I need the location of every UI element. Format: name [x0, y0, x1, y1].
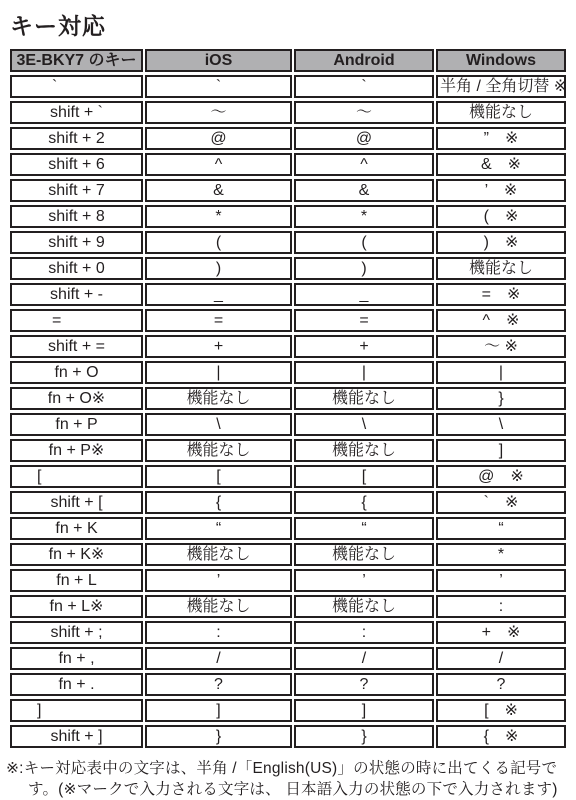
key-cell: ] [10, 699, 143, 722]
windows-cell: ( ※ [436, 205, 566, 228]
table-row: fn + P\\\ [10, 413, 566, 436]
key-cell: fn + L [10, 569, 143, 592]
key-cell: shift + 9 [10, 231, 143, 254]
windows-cell: ] [436, 439, 566, 462]
ios-cell: [ [145, 465, 292, 488]
key-cell: fn + P※ [10, 439, 143, 462]
windows-cell: ” ※ [436, 127, 566, 150]
table-row: fn + .??? [10, 673, 566, 696]
android-cell: \ [294, 413, 434, 436]
windows-cell: / [436, 647, 566, 670]
key-cell: shift + ` [10, 101, 143, 124]
windows-cell: 機能なし [436, 101, 566, 124]
android-cell: ^ [294, 153, 434, 176]
windows-cell: \ [436, 413, 566, 436]
android-cell: = [294, 309, 434, 332]
table-row: [[[@ ※ [10, 465, 566, 488]
android-cell: + [294, 335, 434, 358]
key-cell: shift + 0 [10, 257, 143, 280]
windows-cell: } [436, 387, 566, 410]
key-cell: shift + ] [10, 725, 143, 748]
table-row: fn + L’’’ [10, 569, 566, 592]
table-row: shift + [{{` ※ [10, 491, 566, 514]
table-row: shift + ]}}{ ※ [10, 725, 566, 748]
android-cell: } [294, 725, 434, 748]
table-row: fn + L※機能なし機能なし: [10, 595, 566, 618]
windows-cell: * [436, 543, 566, 566]
table-body: ```半角 / 全角切替 ※shift + `～～機能なしshift + 2@@… [10, 75, 566, 748]
table-row: fn + P※機能なし機能なし] [10, 439, 566, 462]
table-row: shift + -__= ※ [10, 283, 566, 306]
ios-cell: | [145, 361, 292, 384]
windows-cell: 機能なし [436, 257, 566, 280]
ios-cell: \ [145, 413, 292, 436]
android-cell: ] [294, 699, 434, 722]
android-cell: 機能なし [294, 543, 434, 566]
footnote: ※:キー対応表中の文字は、半角 /「English(US)」の状態の時に出てくる… [0, 758, 576, 800]
key-cell: fn + K [10, 517, 143, 540]
ios-cell: { [145, 491, 292, 514]
page-title: キー対応 [10, 8, 576, 41]
android-cell: ? [294, 673, 434, 696]
key-mapping-table: 3E-BKY7 のキー iOS Android Windows ```半角 / … [8, 46, 568, 751]
ios-cell: ] [145, 699, 292, 722]
table-row: shift + 0))機能なし [10, 257, 566, 280]
windows-cell: ? [436, 673, 566, 696]
footnote-line-2: す。(※マークで入力される文字は、 日本語入力の状態の下で入力されます) [28, 779, 576, 800]
android-cell: 機能なし [294, 439, 434, 462]
key-cell: shift + [ [10, 491, 143, 514]
windows-cell: ～ ※ [436, 335, 566, 358]
column-header-ios: iOS [145, 49, 292, 72]
ios-cell: / [145, 647, 292, 670]
android-cell: “ [294, 517, 434, 540]
android-cell: & [294, 179, 434, 202]
table-row: shift + ;::+ ※ [10, 621, 566, 644]
key-cell: [ [10, 465, 143, 488]
ios-cell: ～ [145, 101, 292, 124]
table-row: fn + K※機能なし機能なし* [10, 543, 566, 566]
windows-cell: ’ ※ [436, 179, 566, 202]
android-cell: [ [294, 465, 434, 488]
ios-cell: } [145, 725, 292, 748]
ios-cell: ) [145, 257, 292, 280]
android-cell: @ [294, 127, 434, 150]
table-row: shift + 7&&’ ※ [10, 179, 566, 202]
android-cell: ) [294, 257, 434, 280]
table-row: ```半角 / 全角切替 ※ [10, 75, 566, 98]
android-cell: 機能なし [294, 595, 434, 618]
table-row: fn + O※機能なし機能なし} [10, 387, 566, 410]
ios-cell: 機能なし [145, 439, 292, 462]
key-cell: ` [10, 75, 143, 98]
ios-cell: ’ [145, 569, 292, 592]
android-cell: | [294, 361, 434, 384]
key-cell: shift + 7 [10, 179, 143, 202]
table-row: shift + 2@@” ※ [10, 127, 566, 150]
key-cell: fn + P [10, 413, 143, 436]
column-header-key: 3E-BKY7 のキー [10, 49, 143, 72]
ios-cell: 機能なし [145, 387, 292, 410]
windows-cell: : [436, 595, 566, 618]
table-row: ===^ ※ [10, 309, 566, 332]
key-cell: fn + O※ [10, 387, 143, 410]
key-cell: shift + - [10, 283, 143, 306]
android-cell: ～ [294, 101, 434, 124]
ios-cell: ` [145, 75, 292, 98]
windows-cell: [ ※ [436, 699, 566, 722]
table-row: fn + K“““ [10, 517, 566, 540]
table-row: shift + 8**( ※ [10, 205, 566, 228]
key-cell: fn + O [10, 361, 143, 384]
windows-cell: ’ [436, 569, 566, 592]
android-cell: 機能なし [294, 387, 434, 410]
key-cell: shift + 6 [10, 153, 143, 176]
key-cell: shift + ; [10, 621, 143, 644]
ios-cell: : [145, 621, 292, 644]
windows-cell: & ※ [436, 153, 566, 176]
android-cell: : [294, 621, 434, 644]
table-row: shift + `～～機能なし [10, 101, 566, 124]
ios-cell: ( [145, 231, 292, 254]
ios-cell: 機能なし [145, 595, 292, 618]
table-row: shift + =++～ ※ [10, 335, 566, 358]
ios-cell: = [145, 309, 292, 332]
android-cell: / [294, 647, 434, 670]
android-cell: _ [294, 283, 434, 306]
table-row: ]]][ ※ [10, 699, 566, 722]
windows-cell: = ※ [436, 283, 566, 306]
android-cell: ` [294, 75, 434, 98]
key-cell: = [10, 309, 143, 332]
key-cell: fn + , [10, 647, 143, 670]
table-header-row: 3E-BKY7 のキー iOS Android Windows [10, 49, 566, 72]
ios-cell: * [145, 205, 292, 228]
android-cell: { [294, 491, 434, 514]
android-cell: * [294, 205, 434, 228]
manual-page: キー対応 3E-BKY7 のキー iOS Android Windows ```… [0, 8, 576, 800]
key-cell: shift + = [10, 335, 143, 358]
ios-cell: & [145, 179, 292, 202]
ios-cell: “ [145, 517, 292, 540]
table-row: fn + ,/// [10, 647, 566, 670]
windows-cell: ^ ※ [436, 309, 566, 332]
android-cell: ( [294, 231, 434, 254]
key-cell: fn + . [10, 673, 143, 696]
windows-cell: 半角 / 全角切替 ※ [436, 75, 566, 98]
ios-cell: + [145, 335, 292, 358]
ios-cell: ^ [145, 153, 292, 176]
key-cell: fn + K※ [10, 543, 143, 566]
footnote-line-1: ※:キー対応表中の文字は、半角 /「English(US)」の状態の時に出てくる… [6, 758, 576, 779]
key-cell: fn + L※ [10, 595, 143, 618]
table-row: shift + 9(() ※ [10, 231, 566, 254]
windows-cell: ) ※ [436, 231, 566, 254]
ios-cell: _ [145, 283, 292, 306]
windows-cell: @ ※ [436, 465, 566, 488]
column-header-windows: Windows [436, 49, 566, 72]
ios-cell: ? [145, 673, 292, 696]
key-cell: shift + 2 [10, 127, 143, 150]
table-row: shift + 6^^& ※ [10, 153, 566, 176]
column-header-android: Android [294, 49, 434, 72]
key-cell: shift + 8 [10, 205, 143, 228]
table-row: fn + O||| [10, 361, 566, 384]
windows-cell: ` ※ [436, 491, 566, 514]
windows-cell: “ [436, 517, 566, 540]
windows-cell: | [436, 361, 566, 384]
ios-cell: @ [145, 127, 292, 150]
android-cell: ’ [294, 569, 434, 592]
windows-cell: + ※ [436, 621, 566, 644]
ios-cell: 機能なし [145, 543, 292, 566]
windows-cell: { ※ [436, 725, 566, 748]
